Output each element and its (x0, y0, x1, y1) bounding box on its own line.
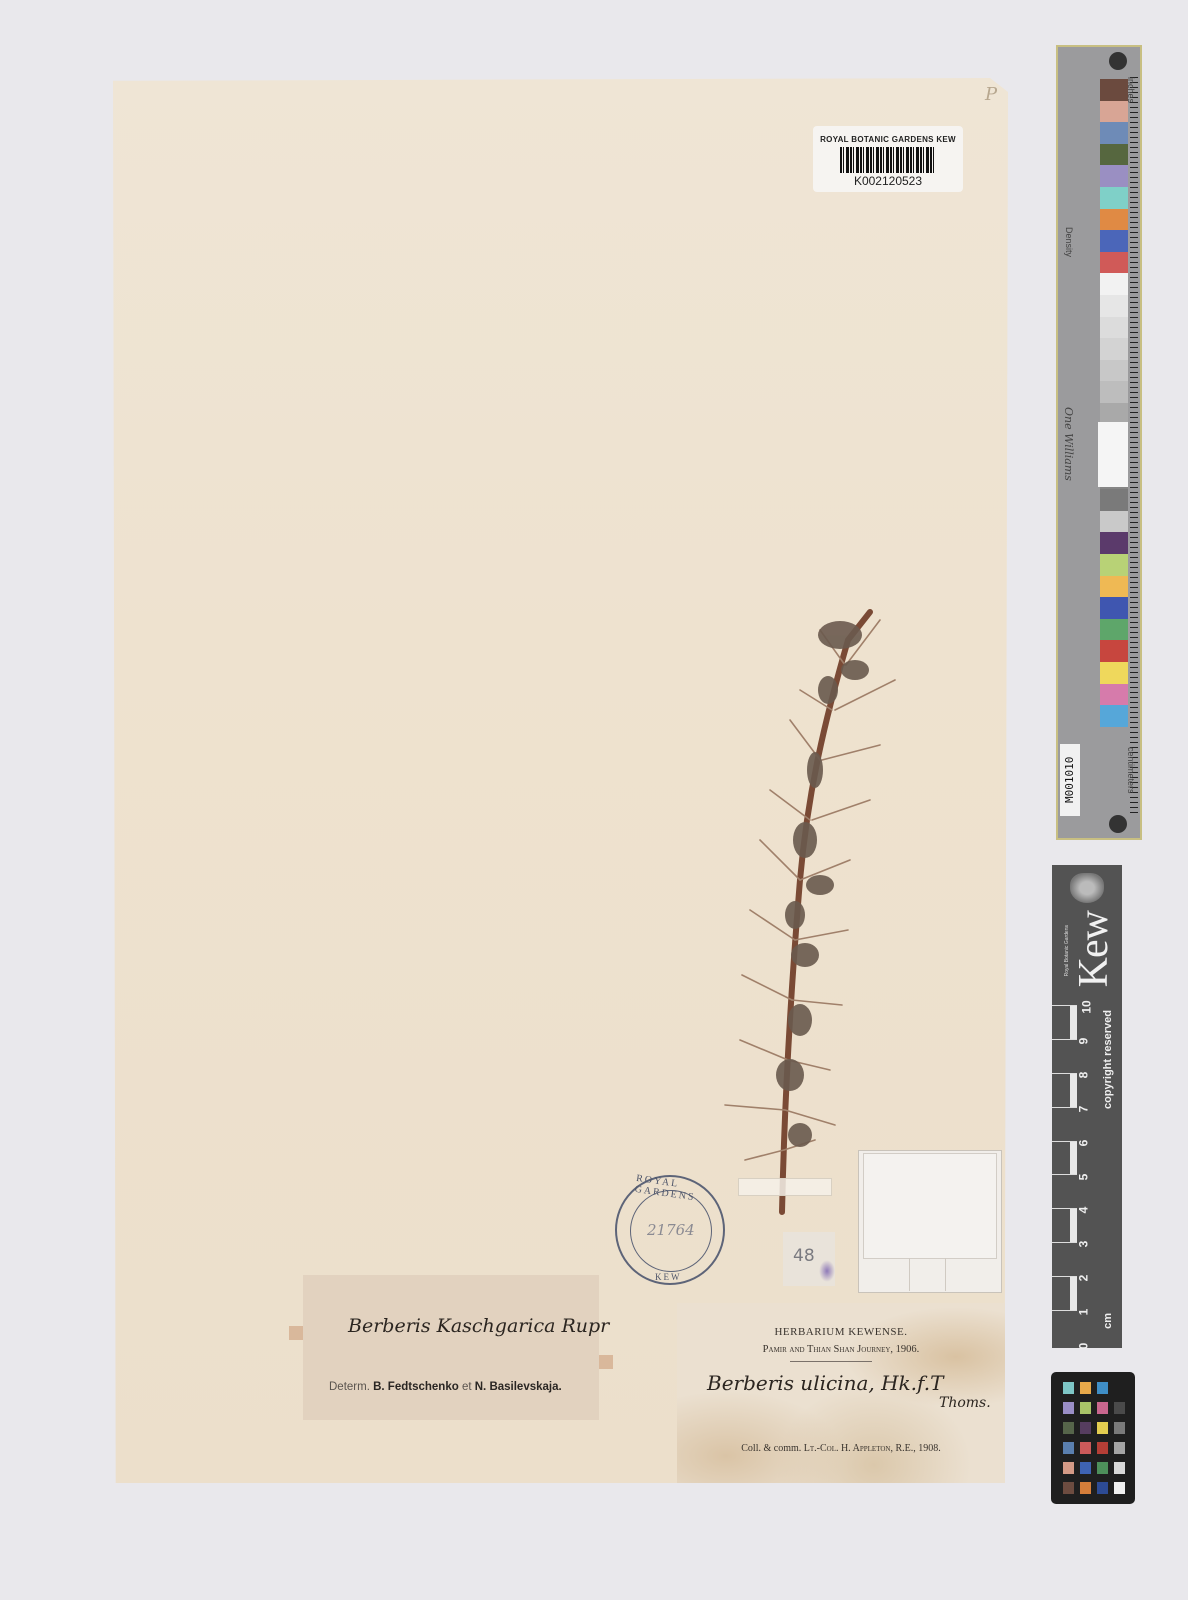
ruler-segment (1052, 1005, 1077, 1039)
checker-patch (1080, 1482, 1091, 1494)
kew-scale-card: Royal Botanic Gardens Kew 012345678910 c… (1052, 865, 1122, 1348)
ruler-number: 5 (1076, 1173, 1090, 1180)
ruler-segment (1052, 1073, 1077, 1107)
number-note: 48 (783, 1232, 835, 1286)
determiner-1: B. Fedtschenko (373, 1381, 459, 1393)
resolution-target (1098, 422, 1128, 487)
kew-logo: Kew (1070, 911, 1118, 987)
ruler-number: 10 (1080, 1000, 1094, 1013)
determination-label: Berberis Kaschgarica Rupr Determ. B. Fed… (303, 1275, 599, 1420)
ruler-segment (1052, 1310, 1077, 1344)
color-swatch (1100, 684, 1128, 706)
checker-patch (1063, 1482, 1074, 1494)
ruler-bar (1070, 1311, 1077, 1344)
color-swatch (1100, 532, 1128, 554)
checker-patch (1063, 1402, 1074, 1414)
color-swatch (1100, 165, 1128, 187)
ruler-number: 3 (1076, 1241, 1090, 1248)
determ-et: et (462, 1381, 472, 1393)
color-swatch (1100, 662, 1128, 684)
color-swatch (1100, 317, 1128, 339)
color-checker-card (1051, 1372, 1135, 1504)
note-number: 48 (793, 1246, 815, 1266)
checker-patch (1063, 1382, 1074, 1394)
color-calibration-strip: inches centimeters Density One Williams … (1056, 45, 1142, 840)
color-swatch (1100, 273, 1128, 295)
ink-smudge (819, 1260, 835, 1282)
color-swatch (1100, 122, 1128, 144)
checker-patch (1080, 1442, 1091, 1454)
ruler-segment (1052, 1242, 1077, 1276)
barcode-label: ROYAL BOTANIC GARDENS KEW K002120523 (813, 126, 963, 192)
royal-gardens-stamp: ROYAL GARDENS 21764 KEW (615, 1175, 725, 1285)
ruler-bar (1070, 1074, 1077, 1107)
ruler-number: 6 (1076, 1139, 1090, 1146)
label-rule (790, 1361, 872, 1362)
ruler-number: 7 (1076, 1105, 1090, 1112)
ruler-number: 1 (1076, 1309, 1090, 1316)
envelope-fold (945, 1258, 946, 1291)
envelope-fold (909, 1258, 910, 1291)
color-swatch (1100, 209, 1128, 231)
checker-patch (1114, 1442, 1125, 1454)
unit-label: cm (1102, 1313, 1114, 1329)
ruler-segment (1052, 1107, 1077, 1141)
barcode-number: K002120523 (813, 174, 963, 188)
brand-label: One Williams (1062, 407, 1075, 481)
checker-patch (1097, 1422, 1108, 1434)
barcode-institution: ROYAL BOTANIC GARDENS KEW (813, 135, 963, 144)
color-swatch (1100, 144, 1128, 166)
collector-name: Lt.-Col. H. Appleton, R.E., 1908. (804, 1443, 941, 1454)
label-title: HERBARIUM KEWENSE. (677, 1326, 1005, 1338)
color-swatch (1100, 338, 1128, 360)
checker-patch (1063, 1442, 1074, 1454)
collector-line: Coll. & comm. Lt.-Col. H. Appleton, R.E.… (677, 1443, 1005, 1454)
ruler-number: 2 (1076, 1275, 1090, 1282)
color-swatch (1100, 619, 1128, 641)
ruler-number: 9 (1076, 1038, 1090, 1045)
checker-patch (1097, 1462, 1108, 1474)
centimeters-label: centimeters (1126, 747, 1136, 794)
color-swatch (1100, 187, 1128, 209)
sheet-corner-mark: P (985, 84, 997, 105)
ruler-bar (1070, 1175, 1077, 1208)
strip-hole-top (1109, 52, 1127, 70)
collection-handwritten-name: Berberis ulicina, Hk.f.T (707, 1371, 943, 1395)
checker-patch (1097, 1402, 1108, 1414)
color-swatch (1100, 597, 1128, 619)
color-swatch (1100, 79, 1128, 101)
determiner-line: Determ. B. Fedtschenko et N. Basilevskaj… (329, 1381, 562, 1393)
barcode-bars (840, 147, 936, 173)
color-swatch (1100, 576, 1128, 598)
kew-crest-icon (1070, 873, 1104, 903)
color-swatch (1100, 381, 1128, 403)
ruler-segment (1052, 1141, 1077, 1175)
checker-patch (1114, 1382, 1125, 1394)
color-swatch (1100, 489, 1128, 511)
ruler-segment (1052, 1174, 1077, 1208)
ruler-bar (1070, 1142, 1077, 1175)
ruler-number: 0 (1076, 1343, 1090, 1350)
ruler-number: 4 (1076, 1207, 1090, 1214)
ruler-bar (1070, 1108, 1077, 1141)
color-swatch (1100, 705, 1128, 727)
checker-patch (1080, 1402, 1091, 1414)
envelope-flap (863, 1153, 997, 1259)
checker-patch (1114, 1402, 1125, 1414)
ruler-bar (1070, 1040, 1077, 1073)
determ-prefix: Determ. (329, 1381, 370, 1393)
checker-patch (1080, 1422, 1091, 1434)
label-journey: Pamir and Thian Shan Journey, 1906. (677, 1344, 1005, 1355)
strip-hole-bottom (1109, 815, 1127, 833)
density-label: Density (1064, 227, 1074, 257)
collection-handwritten-author: Thoms. (939, 1395, 991, 1411)
checker-patch (1080, 1462, 1091, 1474)
ruler-bar (1070, 1277, 1077, 1310)
cm-ruler (1052, 1005, 1077, 1345)
checker-patch (1063, 1422, 1074, 1434)
ruler-bar (1070, 1006, 1077, 1039)
color-swatch (1100, 640, 1128, 662)
inches-label: inches (1126, 77, 1136, 103)
stamp-bottom-text: KEW (655, 1272, 682, 1282)
ruler-bar (1070, 1209, 1077, 1242)
checker-patch (1114, 1482, 1125, 1494)
ruler-number: 8 (1076, 1071, 1090, 1078)
strip-barcode-tag: M001010 (1060, 744, 1080, 816)
ruler-segment (1052, 1276, 1077, 1310)
ruler-segment (1052, 1208, 1077, 1242)
checker-patch (1097, 1442, 1108, 1454)
fragment-envelope (858, 1150, 1002, 1293)
color-swatch (1100, 101, 1128, 123)
stamp-number: 21764 (647, 1221, 695, 1239)
herbarium-kewense-label: HERBARIUM KEWENSE. Pamir and Thian Shan … (677, 1303, 1005, 1483)
color-swatch (1100, 252, 1128, 274)
color-swatch (1100, 230, 1128, 252)
strip-swatches (1100, 79, 1128, 727)
color-swatch (1100, 295, 1128, 317)
copyright-text: copyright reserved (1102, 1010, 1114, 1109)
checker-patch (1114, 1422, 1125, 1434)
cm-ruler-numbers: 012345678910 (1080, 1005, 1096, 1345)
color-swatch (1100, 360, 1128, 382)
checker-patch (1114, 1462, 1125, 1474)
ruler-bar (1070, 1243, 1077, 1276)
checker-patch (1097, 1382, 1108, 1394)
color-swatch (1100, 511, 1128, 533)
collector-prefix: Coll. & comm. (741, 1443, 801, 1454)
ruler-segment (1052, 1039, 1077, 1073)
determiner-2: N. Basilevskaja. (475, 1381, 562, 1393)
color-swatch (1100, 554, 1128, 576)
strip-scale-ticks (1130, 77, 1138, 817)
checker-patch (1063, 1462, 1074, 1474)
checker-patch (1097, 1482, 1108, 1494)
checker-patch (1080, 1382, 1091, 1394)
specimen-tape (738, 1178, 832, 1196)
determination-handwritten-name: Berberis Kaschgarica Rupr (348, 1315, 609, 1337)
